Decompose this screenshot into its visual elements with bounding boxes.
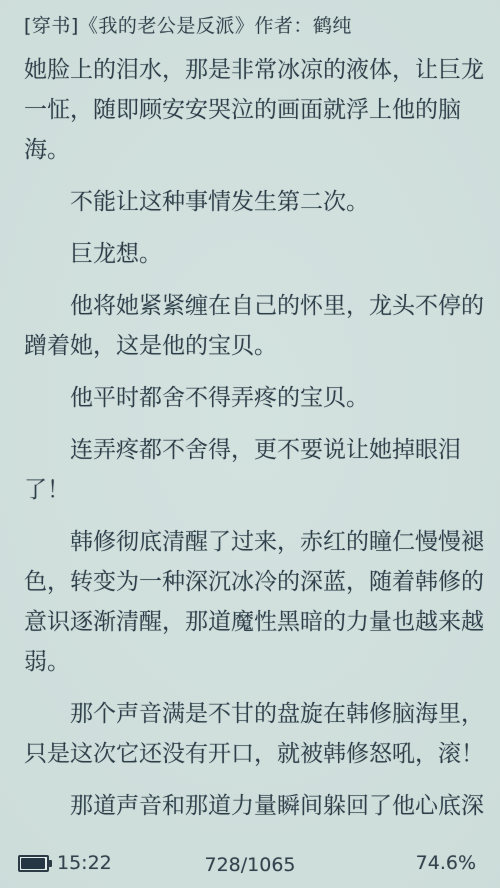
text-line: 他平时都舍不得弄疼的宝贝。	[24, 378, 482, 418]
text-line: 不能让这种事情发生第二次。	[24, 182, 482, 222]
paragraph: 他将她紧紧缠在自己的怀里，龙头不停的 蹭着她，这是他的宝贝。	[24, 286, 482, 366]
paragraph: 她脸上的泪水，那是非常冰凉的液体，让巨龙 一怔，随即顾安安哭泣的画面就浮上他的脑…	[24, 50, 482, 170]
text-line: 弱。	[24, 642, 482, 682]
status-left-group: 15:22	[18, 852, 112, 874]
text-line: 海。	[24, 130, 482, 170]
paragraph: 那道声音和那道力量瞬间躲回了他心底深	[24, 786, 482, 826]
battery-icon	[18, 855, 49, 872]
text-line: 韩修彻底清醒了过来，赤红的瞳仁慢慢褪	[24, 522, 482, 562]
status-bar: 15:22 728/1065 74.6%	[0, 842, 500, 888]
text-line: 那道声音和那道力量瞬间躲回了他心底深	[24, 786, 482, 826]
paragraph: 那个声音满是不甘的盘旋在韩修脑海里， 只是这次它还没有开口，就被韩修怒吼，滚！	[24, 694, 482, 774]
text-line: 她脸上的泪水，那是非常冰凉的液体，让巨龙	[24, 50, 482, 90]
battery-percent: 74.6%	[416, 852, 476, 874]
text-line: 色，转变为一种深沉冰冷的深蓝，随着韩修的	[24, 562, 482, 602]
text-line: 意识逐渐清醒，那道魔性黑暗的力量也越来越	[24, 602, 482, 642]
book-title-header: [穿书]《我的老公是反派》作者：鹤纯	[0, 0, 500, 38]
paragraph: 他平时都舍不得弄疼的宝贝。	[24, 378, 482, 418]
reading-content[interactable]: 她脸上的泪水，那是非常冰凉的液体，让巨龙 一怔，随即顾安安哭泣的画面就浮上他的脑…	[0, 50, 500, 826]
text-line: 他将她紧紧缠在自己的怀里，龙头不停的	[24, 286, 482, 326]
paragraph: 巨龙想。	[24, 234, 482, 274]
battery-fill	[21, 858, 45, 869]
battery-nub	[49, 860, 52, 867]
text-line: 连弄疼都不舍得，更不要说让她掉眼泪	[24, 430, 482, 470]
page-progress: 728/1065	[204, 854, 295, 876]
text-line: 只是这次它还没有开口，就被韩修怒吼，滚！	[24, 734, 482, 774]
clock-time: 15:22	[57, 852, 112, 874]
paragraph: 连弄疼都不舍得，更不要说让她掉眼泪 了！	[24, 430, 482, 510]
text-line: 了！	[24, 470, 482, 510]
text-line: 一怔，随即顾安安哭泣的画面就浮上他的脑	[24, 90, 482, 130]
reader-page[interactable]: [穿书]《我的老公是反派》作者：鹤纯 她脸上的泪水，那是非常冰凉的液体，让巨龙 …	[0, 0, 500, 888]
text-line: 巨龙想。	[24, 234, 482, 274]
paragraph: 韩修彻底清醒了过来，赤红的瞳仁慢慢褪 色，转变为一种深沉冰冷的深蓝，随着韩修的 …	[24, 522, 482, 682]
text-line: 那个声音满是不甘的盘旋在韩修脑海里，	[24, 694, 482, 734]
paragraph: 不能让这种事情发生第二次。	[24, 182, 482, 222]
text-line: 蹭着她，这是他的宝贝。	[24, 326, 482, 366]
